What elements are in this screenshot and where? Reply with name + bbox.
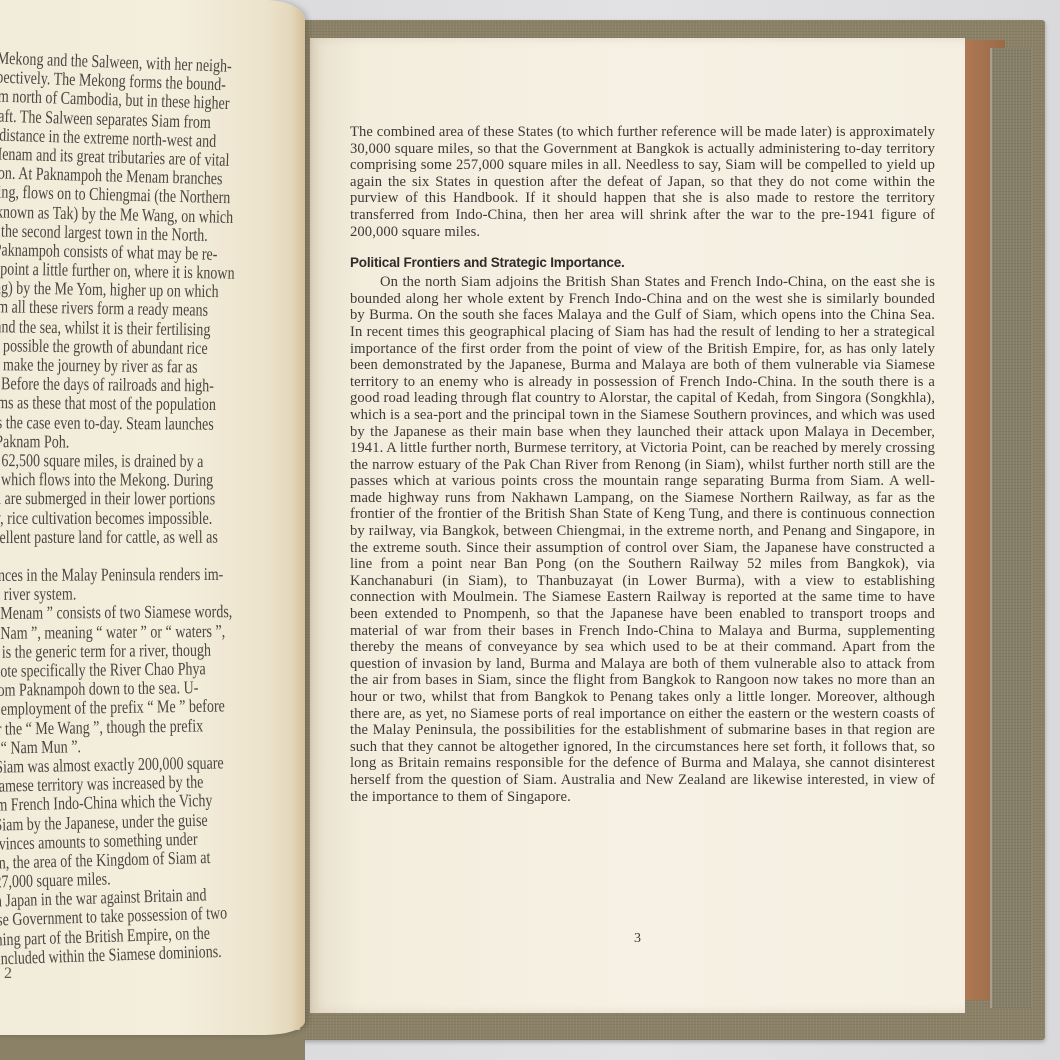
right-page-text: The combined area of these States (to wh…: [350, 124, 935, 805]
left-page-line: un, which flows into the Mekong. During: [0, 470, 230, 490]
left-page: he Mekong and the Salween, with her neig…: [0, 0, 305, 1035]
left-page-line: wly, rice cultivation becomes impossible…: [0, 509, 230, 528]
right-page: The combined area of these States (to wh…: [310, 38, 965, 1013]
section-heading: Political Frontiers and Strategic Import…: [350, 254, 935, 271]
left-page-line: excellent pasture land for cattle, as we…: [0, 527, 230, 547]
cloth-turn-in: [990, 48, 1032, 1008]
opening-paragraph: The combined area of these States (to wh…: [350, 124, 935, 240]
left-page-line: ovinces in the Malay Peninsula renders i…: [0, 565, 230, 585]
page-number-right: 3: [310, 931, 965, 947]
left-page-text: he Mekong and the Salween, with her neig…: [0, 48, 300, 969]
section-paragraph: On the north Siam adjoins the British Sh…: [350, 274, 935, 805]
page-curve-shadow: [291, 0, 305, 1035]
page-number-left: 2: [4, 965, 12, 983]
left-page-line: tem are submerged in their lower portion…: [0, 489, 230, 509]
